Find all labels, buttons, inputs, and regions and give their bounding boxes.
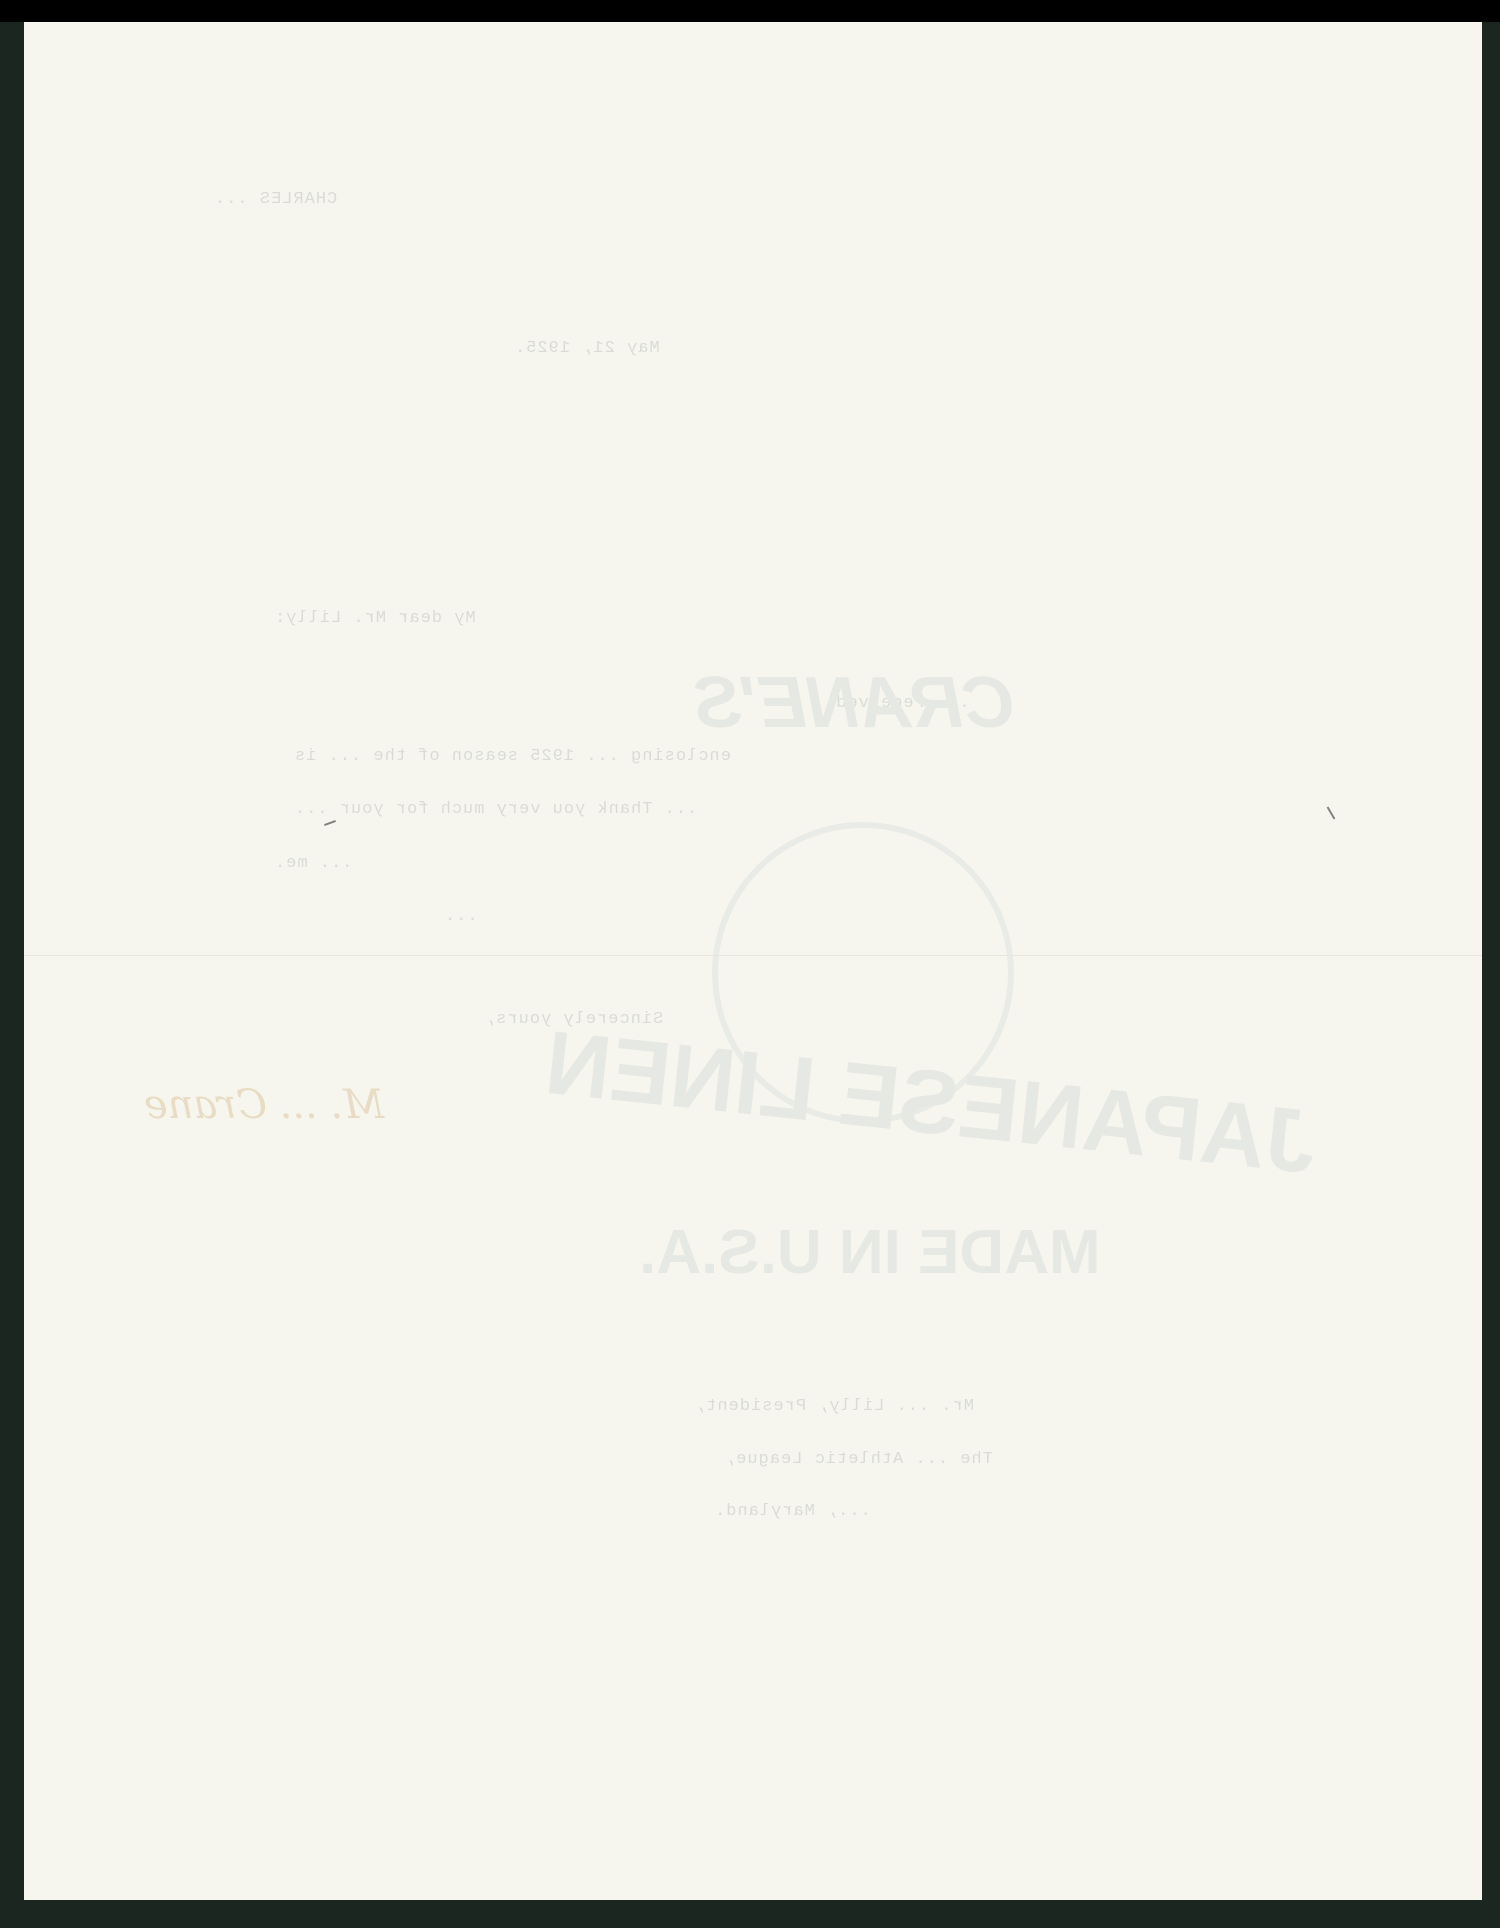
pencil-mark (1327, 806, 1336, 819)
address-line-2-bleed: The ... Athletic League, (724, 1450, 993, 1469)
body-line-4-bleed: ... me. (274, 854, 352, 873)
scan-top-bar (0, 0, 1500, 22)
body-line-5-bleed: ... (444, 907, 478, 926)
pencil-mark (324, 820, 336, 826)
address-line-1-bleed: Mr. ... Lilly, President, (694, 1397, 974, 1416)
paper-fold-line (24, 955, 1482, 956)
date-bleed: May 21, 1925. (514, 339, 660, 358)
body-line-2-bleed: enclosing ... 1925 season of the ... is (294, 747, 731, 766)
body-line-3-bleed: ... Thank you very much for your ... (294, 800, 697, 819)
address-line-3-bleed: ..., Maryland. (714, 1502, 871, 1521)
watermark-made-in-usa: MADE IN U.S.A. (639, 1217, 1101, 1288)
signature-bleed: M. ... Crane (144, 1082, 384, 1128)
watermark-cranes: CRANE'S (694, 662, 1015, 744)
letterhead-bleed: CHARLES ... (214, 190, 337, 209)
salutation-bleed: My dear Mr. Lilly: (274, 609, 476, 628)
letter-paper: CHARLES ... May 21, 1925. My dear Mr. Li… (24, 22, 1482, 1900)
